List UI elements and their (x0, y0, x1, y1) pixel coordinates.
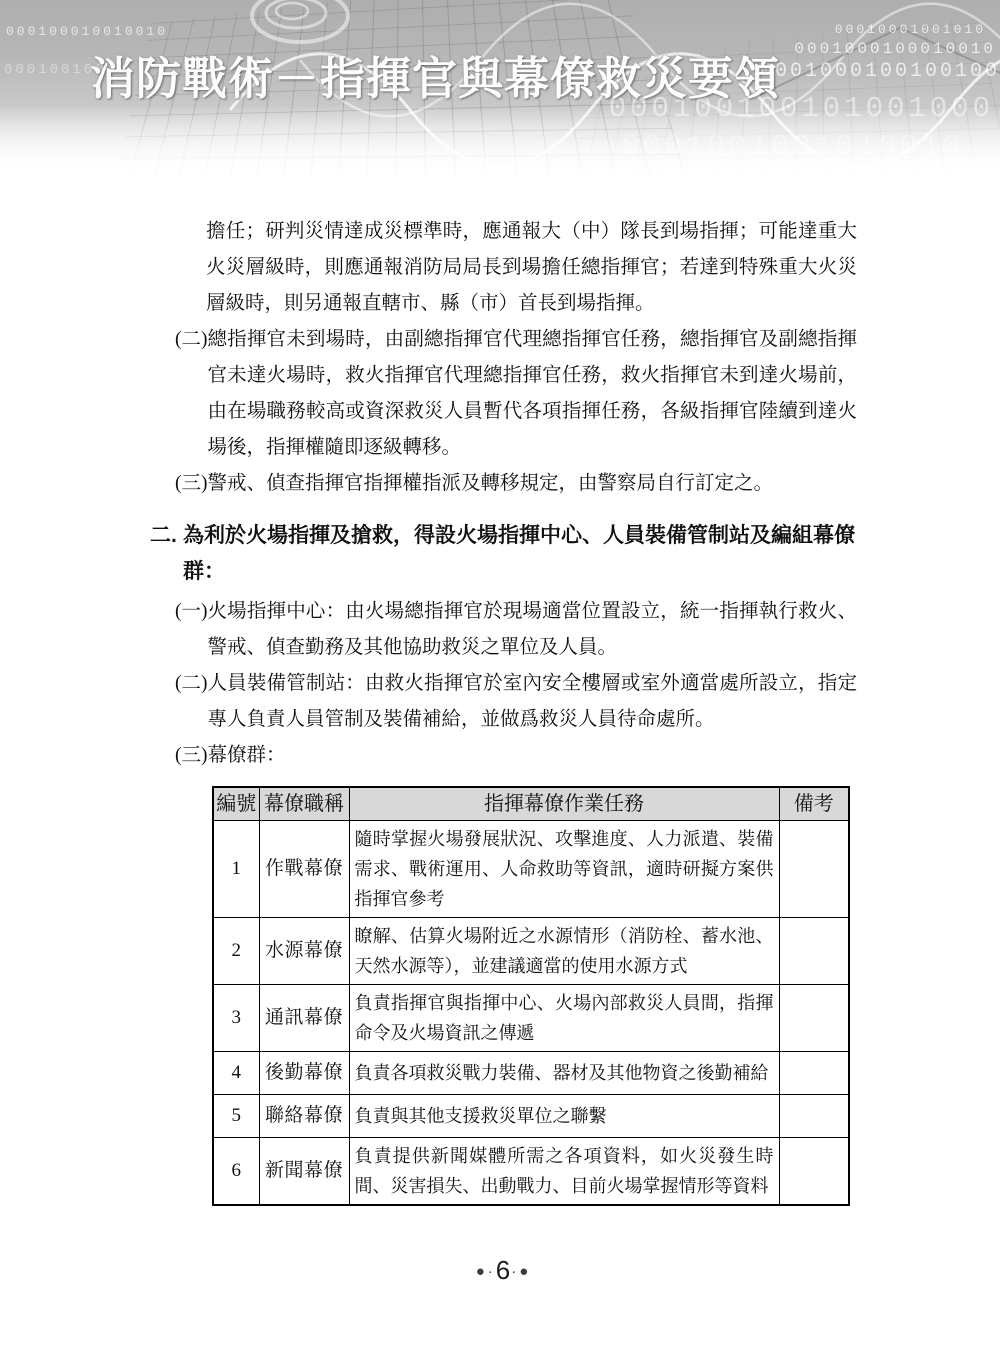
table-cell-title: 通訊幕僚 (259, 985, 349, 1052)
table-cell-number: 3 (213, 985, 259, 1052)
section-number: 二. (150, 518, 183, 590)
table-cell-remark (779, 918, 849, 985)
table-row: 2 水源幕僚 瞭解、估算火場附近之水源情形（消防栓、蓄水池、天然水源等），並建議… (213, 918, 849, 985)
list-item-text: 警戒、偵查指揮官指揮權指派及轉移規定，由警察局自行訂定之。 (208, 466, 858, 502)
list-item: (三) 幕僚群： (175, 738, 857, 774)
table-cell-title: 作戰幕僚 (259, 821, 349, 918)
table-cell-remark (779, 1052, 849, 1095)
list-item-text: 火場指揮中心：由火場總指揮官於現場適當位置設立，統一指揮執行救火、警戒、偵查勤務… (208, 594, 858, 666)
table-cell-task: 負責指揮官與指揮中心、火場內部救災人員間，指揮命令及火場資訊之傳遞 (349, 985, 779, 1052)
list-item: (二) 總指揮官未到場時，由副總指揮官代理總指揮官任務，總指揮官及副總指揮官未達… (175, 322, 857, 466)
table-cell-title: 後勤幕僚 (259, 1052, 349, 1095)
footer-ornament-right: ·● (511, 1263, 531, 1280)
document-page: { "banner": { "title": "消防戰術－指揮官與幕僚救災要領"… (0, 0, 1000, 1353)
table-cell-number: 4 (213, 1052, 259, 1095)
table-cell-title: 新聞幕僚 (259, 1138, 349, 1206)
table-cell-remark (779, 821, 849, 918)
list-item: (三) 警戒、偵查指揮官指揮權指派及轉移規定，由警察局自行訂定之。 (175, 466, 857, 502)
page-number: 6 (496, 1255, 511, 1285)
table-header-cell: 備考 (779, 787, 849, 821)
table-cell-task: 負責與其他支援救災單位之聯繫 (349, 1095, 779, 1138)
table-cell-task: 瞭解、估算火場附近之水源情形（消防栓、蓄水池、天然水源等），並建議適當的使用水源… (349, 918, 779, 985)
table-row: 1 作戰幕僚 隨時掌握火場發展狀況、攻擊進度、人力派遣、裝備需求、戰術運用、人命… (213, 821, 849, 918)
list-item-text: 總指揮官未到場時，由副總指揮官代理總指揮官任務，總指揮官及副總指揮官未達火場時，… (208, 322, 858, 466)
table-header-cell: 編號 (213, 787, 259, 821)
list-item-text: 人員裝備管制站：由救火指揮官於室內安全樓層或室外適當處所設立，指定專人負責人員管… (208, 666, 858, 738)
list-item-label: (一) (175, 594, 208, 666)
table-row: 5 聯絡幕僚 負責與其他支援救災單位之聯繫 (213, 1095, 849, 1138)
staff-assignments-table: 編號 幕僚職稱 指揮幕僚作業任務 備考 1 作戰幕僚 隨時掌握火場發展狀況、攻擊… (212, 786, 850, 1206)
table-cell-number: 2 (213, 918, 259, 985)
list-item-label: (二) (175, 666, 208, 738)
table-cell-title: 水源幕僚 (259, 918, 349, 985)
table-cell-remark (779, 1095, 849, 1138)
list-item-label: (三) (175, 466, 208, 502)
table-cell-task: 負責提供新聞媒體所需之各項資料，如火災發生時間、災害損失、出動戰力、目前火場掌握… (349, 1138, 779, 1206)
table-cell-number: 1 (213, 821, 259, 918)
section-heading-text: 為利於火場指揮及搶救，得設火場指揮中心、人員裝備管制站及編組幕僚 群： (183, 518, 857, 590)
page-header-banner: 000100010010010 00010001001010 000100010… (0, 0, 1000, 190)
section-item-list: (一) 火場指揮中心：由火場總指揮官於現場適當位置設立，統一指揮執行救火、警戒、… (150, 594, 857, 774)
table-cell-task: 隨時掌握火場發展狀況、攻擊進度、人力派遣、裝備需求、戰術運用、人命救助等資訊，適… (349, 821, 779, 918)
table-row: 4 後勤幕僚 負責各項救災戰力裝備、器材及其他物資之後勤補給 (213, 1052, 849, 1095)
list-item-label: (三) (175, 738, 208, 774)
paragraph-continuation: 擔任；研判災情達成災標準時，應通報大（中）隊長到場指揮；可能達重大火災層級時，則… (206, 214, 857, 322)
page-title: 消防戰術－指揮官與幕僚救災要領 (90, 42, 780, 107)
table-header-cell: 幕僚職稱 (259, 787, 349, 821)
table-row: 3 通訊幕僚 負責指揮官與指揮中心、火場內部救災人員間，指揮命令及火場資訊之傳遞 (213, 985, 849, 1052)
page-footer: ●·6·● (150, 1252, 857, 1291)
list-item: (一) 火場指揮中心：由火場總指揮官於現場適當位置設立，統一指揮執行救火、警戒、… (175, 594, 857, 666)
table-cell-remark (779, 1138, 849, 1206)
list-item-label: (二) (175, 322, 208, 466)
table-cell-title: 聯絡幕僚 (259, 1095, 349, 1138)
list-item: (二) 人員裝備管制站：由救火指揮官於室內安全樓層或室外適當處所設立，指定專人負… (175, 666, 857, 738)
section-heading: 二. 為利於火場指揮及搶救，得設火場指揮中心、人員裝備管制站及編組幕僚 群： (150, 518, 857, 590)
table-header-cell: 指揮幕僚作業任務 (349, 787, 779, 821)
table-cell-remark (779, 985, 849, 1052)
table-cell-number: 5 (213, 1095, 259, 1138)
section-2: 二. 為利於火場指揮及搶救，得設火場指揮中心、人員裝備管制站及編組幕僚 群： (… (150, 518, 857, 774)
table-cell-task: 負責各項救災戰力裝備、器材及其他物資之後勤補給 (349, 1052, 779, 1095)
table-cell-number: 6 (213, 1138, 259, 1206)
list-item-text: 幕僚群： (208, 738, 858, 774)
table-row: 6 新聞幕僚 負責提供新聞媒體所需之各項資料，如火災發生時間、災害損失、出動戰力… (213, 1138, 849, 1206)
table-header-row: 編號 幕僚職稱 指揮幕僚作業任務 備考 (213, 787, 849, 821)
footer-ornament-left: ●· (476, 1263, 496, 1280)
document-body: 擔任；研判災情達成災標準時，應通報大（中）隊長到場指揮；可能達重大火災層級時，則… (150, 214, 857, 1291)
